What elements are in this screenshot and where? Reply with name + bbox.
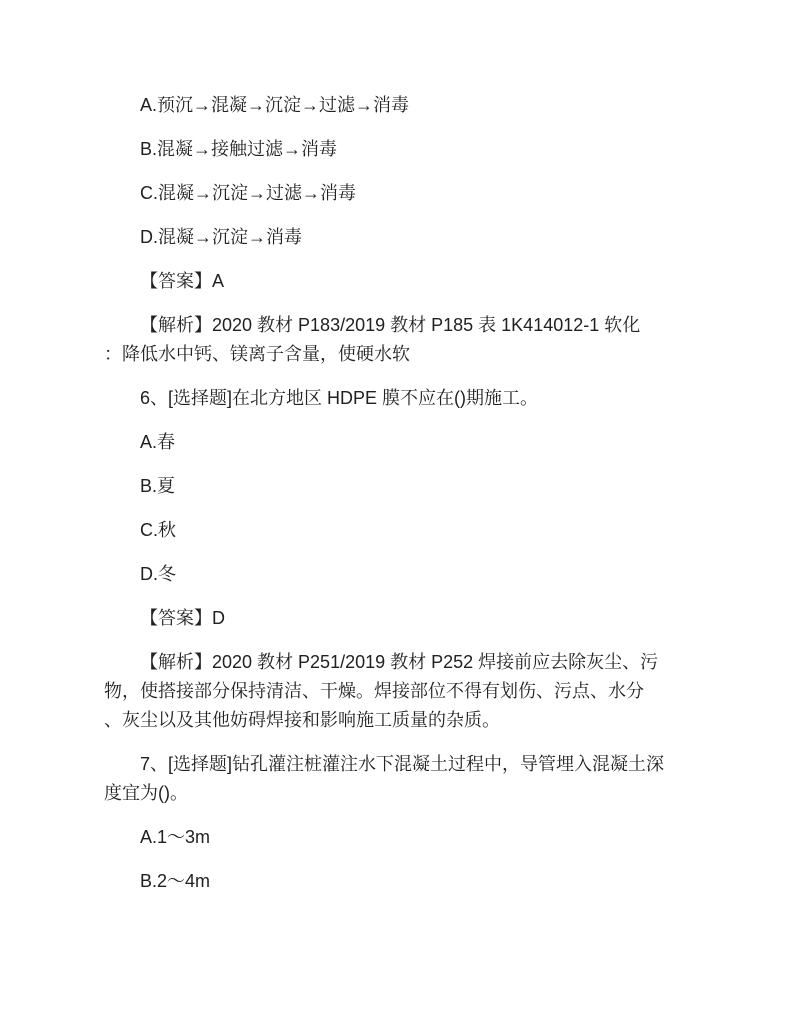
q6-answer: 【答案】D	[104, 604, 688, 633]
document-page: A.预沉→混凝→沉淀→过滤→消毒 B.混凝→接触过滤→消毒 C.混凝→沉淀→过滤…	[0, 0, 792, 1025]
q5-option-c: C.混凝→沉淀→过滤→消毒	[104, 179, 688, 208]
q5-analysis: 【解析】2020 教材 P183/2019 教材 P185 表 1K414012…	[104, 311, 688, 369]
q5-answer: 【答案】A	[104, 267, 688, 296]
q6-stem: 6、[选择题]在北方地区 HDPE 膜不应在()期施工。	[104, 384, 688, 413]
q5-option-b: B.混凝→接触过滤→消毒	[104, 135, 688, 164]
q5-option-d: D.混凝→沉淀→消毒	[104, 223, 688, 252]
q6-option-a: A.春	[104, 428, 688, 457]
q6-option-c: C.秋	[104, 516, 688, 545]
q6-option-b: B.夏	[104, 472, 688, 501]
q7-option-b: B.2～4m	[104, 867, 688, 896]
q5-option-a: A.预沉→混凝→沉淀→过滤→消毒	[104, 91, 688, 120]
q6-analysis: 【解析】2020 教材 P251/2019 教材 P252 焊接前应去除灰尘、污…	[104, 648, 688, 735]
q6-option-d: D.冬	[104, 560, 688, 589]
q7-stem: 7、[选择题]钻孔灌注桩灌注水下混凝土过程中，导管埋入混凝土深 度宜为()。	[104, 750, 688, 808]
q7-option-a: A.1～3m	[104, 823, 688, 852]
